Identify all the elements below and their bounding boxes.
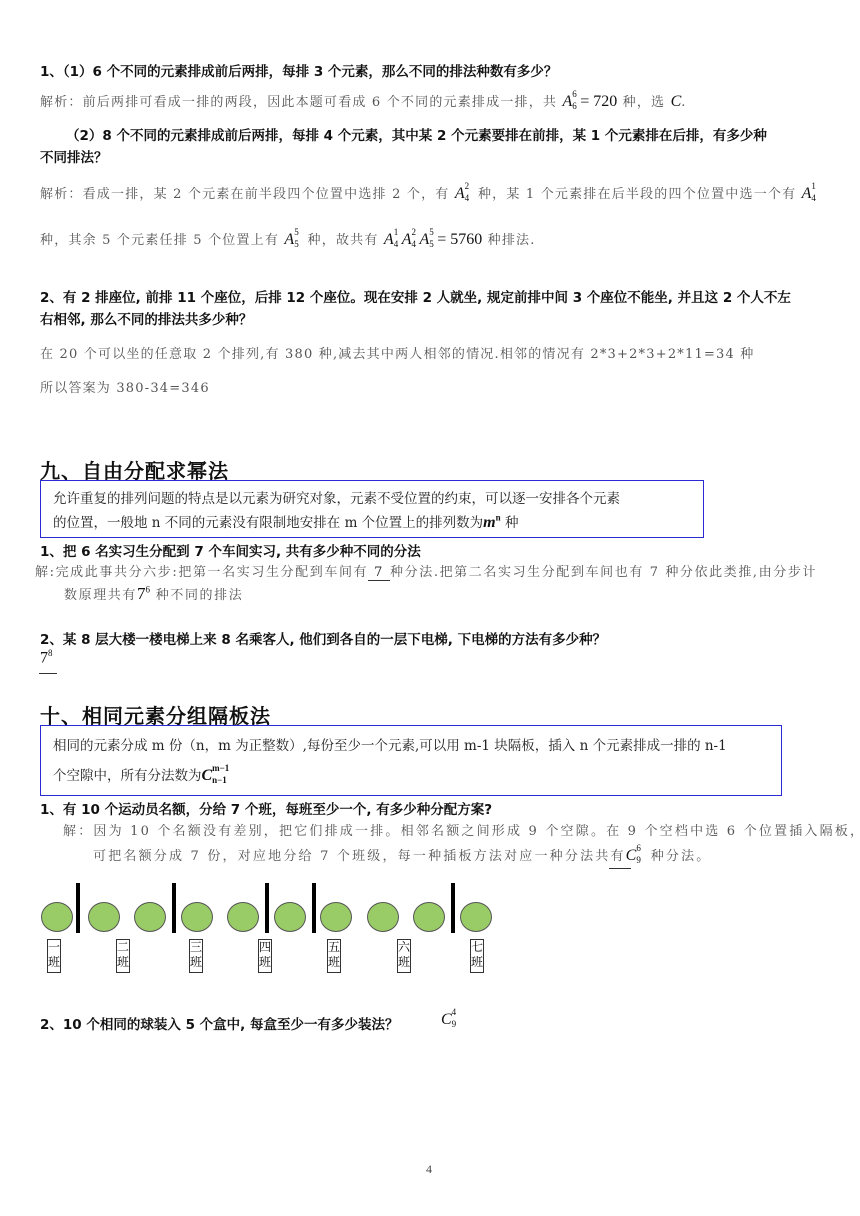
section-9-answer-1-line2: 数原理共有76 种不同的排法 — [64, 584, 243, 604]
section-10-answer-2: C49 — [441, 1011, 460, 1029]
divider-bar — [451, 883, 455, 933]
section-9-answer-2: 78 — [40, 648, 53, 667]
class-label: 三班 — [189, 939, 203, 973]
question-1-2-line1: （2）8 个不同的元素排成前后两排，每排 4 个元素，其中某 2 个元素要排在前… — [66, 124, 767, 144]
section-10-box-line1: 相同的元素分成 m 份（n，m 为正整数）,每份至少一个元素,可以用 m-1 块… — [53, 734, 727, 754]
divider-bar — [172, 883, 176, 933]
question-1-1: 1、（1）6 个不同的元素排成前后两排，每排 3 个元素，那么不同的排法种数有多… — [40, 60, 557, 80]
class-label: 二班 — [116, 939, 130, 973]
divider-bar — [76, 883, 80, 933]
ball-circle — [181, 902, 213, 932]
answer-1-2-line1: 解析：看成一排，某 2 个元素在前半段四个位置中选排 2 个，有 A24 种，某… — [40, 183, 819, 203]
answer-2-line1: 在 20 个可以坐的任意取 2 个排列,有 380 种,减去其中两人相邻的情况.… — [40, 343, 755, 362]
ball-circle — [367, 902, 399, 932]
ball-circle — [227, 902, 259, 932]
class-label: 五班 — [327, 939, 341, 973]
formula-a66: A66 — [562, 93, 580, 110]
answer-2-line2: 所以答案为 380-34=346 — [40, 377, 210, 396]
question-1-2-line2: 不同排法？ — [40, 146, 108, 166]
section-10-question-2: 2、10 个相同的球装入 5 个盒中, 每盒至少一有多少装法？ — [40, 1013, 399, 1033]
answer-underline — [39, 673, 57, 674]
answer-underline — [609, 868, 631, 869]
section-10-answer-1-line2: 可把名额分成 7 份，对应地分给 7 个班级，每一种插板方法对应一种分法共有C6… — [93, 845, 712, 865]
section-10-answer-1-line1: 解：因为 10 个名额没有差别，把它们排成一排。相邻名额之间形成 9 个空隙。在… — [63, 820, 860, 839]
class-label: 六班 — [397, 939, 411, 973]
formula-product: A14A24A55 — [384, 231, 437, 248]
ball-circle — [320, 902, 352, 932]
formula-a41: A14 — [802, 185, 820, 202]
section-10-box-line2: 个空隙中，所有分法数为Cm−1n−1 — [53, 764, 230, 785]
answer-1-2-line2: 种，其余 5 个元素任排 5 个位置上有 A55 种，故共有 A14A24A55… — [40, 229, 536, 249]
question-2-line2: 右相邻, 那么不同的排法共多少种？ — [40, 308, 252, 328]
class-label: 四班 — [258, 939, 272, 973]
section-9-box-line2: 的位置，一般地 n 不同的元素没有限制地安排在 m 个位置上的排列数为mn 种 — [53, 511, 518, 532]
class-label: 七班 — [470, 939, 484, 973]
ball-circle — [88, 902, 120, 932]
section-9-box-line1: 允许重复的排列问题的特点是以元素为研究对象，元素不受位置的约束，可以逐一安排各个… — [53, 487, 620, 507]
ball-circle — [134, 902, 166, 932]
question-2-line1: 2、有 2 排座位, 前排 11 个座位，后排 12 个座位。现在安排 2 人就… — [40, 286, 791, 306]
section-9-question-1: 1、把 6 名实习生分配到 7 个车间实习, 共有多少种不同的分法 — [40, 540, 421, 560]
answer-1-1: 解析：前后两排可看成一排的两段，因此本题可看成 6 个不同的元素排成一排，共 A… — [40, 91, 687, 111]
ball-circle — [274, 902, 306, 932]
section-9-answer-1-line1: 解:完成此事共分六步:把第一名实习生分配到车间有7种分法.把第二名实习生分配到车… — [35, 561, 817, 581]
formula-a42: A24 — [455, 185, 473, 202]
class-label: 一班 — [47, 939, 61, 973]
section-10-question-1: 1、有 10 个运动员名额，分给 7 个班，每班至少一个, 有多少种分配方案? — [40, 798, 492, 818]
divider-bar — [265, 883, 269, 933]
ball-circle — [460, 902, 492, 932]
formula-a55: A55 — [284, 231, 302, 248]
ball-circle — [41, 902, 73, 932]
page-number: 4 — [426, 1162, 432, 1177]
section-9-question-2: 2、某 8 层大楼一楼电梯上来 8 名乘客人, 他们到各自的一层下电梯, 下电梯… — [40, 628, 606, 648]
divider-bar — [312, 883, 316, 933]
ball-circle — [413, 902, 445, 932]
